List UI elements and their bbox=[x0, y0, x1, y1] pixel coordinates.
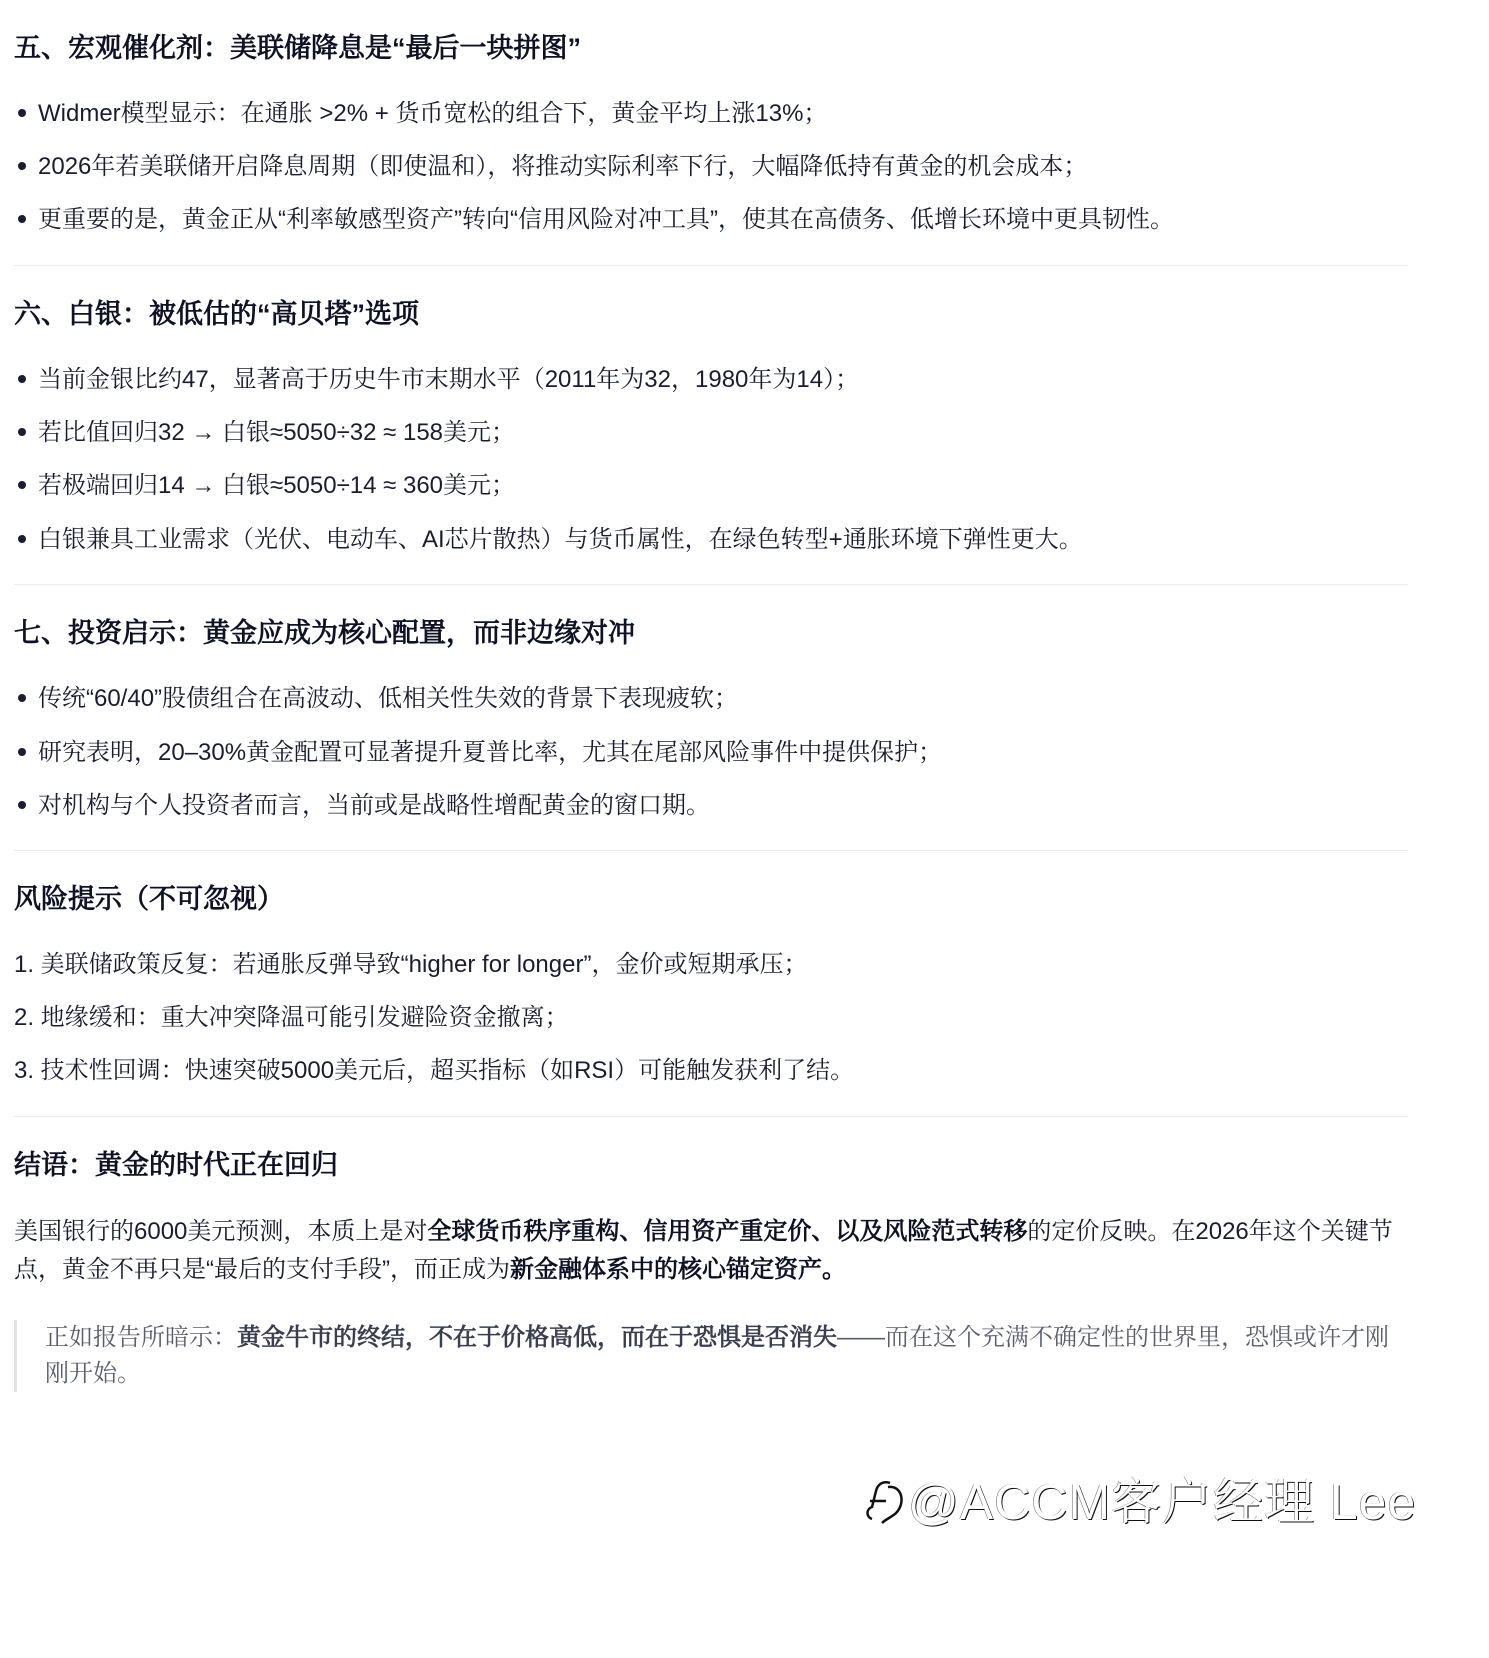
numbered-item: 1. 美联储政策反复：若通胀反弹导致“higher for longer”，金价… bbox=[14, 948, 807, 982]
section-divider bbox=[14, 850, 1408, 851]
emphasis: 黄金牛市的终结，不在于价格高低，而在于恐惧是否消失 bbox=[237, 1324, 837, 1351]
section-title-conclusion: 结语：黄金的时代正在回归 bbox=[14, 1145, 338, 1185]
blockquote: 正如报告所暗示：黄金牛市的终结，不在于价格高低，而在于恐惧是否消失——而在这个充… bbox=[14, 1320, 1408, 1392]
conclusion-paragraph: 美国银行的6000美元预测，本质上是对全球货币秩序重构、信用资产重定价、以及风险… bbox=[14, 1213, 1408, 1289]
list-item: 传统“60/40”股债组合在高波动、低相关性失效的背景下表现疲软； bbox=[14, 682, 738, 716]
bullet-dot-icon bbox=[18, 375, 26, 383]
list-item: 更重要的是，黄金正从“利率敏感型资产”转向“信用风险对冲工具”，使其在高债务、低… bbox=[14, 203, 1174, 237]
numbered-item: 3. 技术性回调：快速突破5000美元后，超买指标（如RSI）可能触发获利了结。 bbox=[14, 1054, 854, 1088]
numbered-item: 2. 地缘缓和：重大冲突降温可能引发避险资金撤离； bbox=[14, 1001, 569, 1035]
bullet-dot-icon bbox=[18, 748, 26, 756]
section-title-macro-catalyst: 五、宏观催化剂：美联储降息是“最后一块拼图” bbox=[14, 28, 581, 68]
bullet-dot-icon bbox=[18, 428, 26, 436]
bullet-dot-icon bbox=[18, 481, 26, 489]
section-divider bbox=[14, 265, 1408, 266]
list-item: 2026年若美联储开启降息周期（即使温和），将推动实际利率下行，大幅降低持有黄金… bbox=[14, 150, 1087, 184]
list-item: Widmer模型显示：在通胀 >2% + 货币宽松的组合下，黄金平均上涨13%； bbox=[14, 97, 827, 131]
list-item: 研究表明，20–30%黄金配置可显著提升夏普比率，尤其在尾部风险事件中提供保护； bbox=[14, 736, 942, 770]
list-item: 若比值回归32 → 白银≈5050÷32 ≈ 158美元； bbox=[14, 416, 515, 450]
section-title-risk: 风险提示（不可忽视） bbox=[14, 879, 284, 919]
weibo-logo-icon bbox=[862, 1473, 908, 1529]
list-item: 白银兼具工业需求（光伏、电动车、AI芯片散热）与货币属性，在绿色转型+通胀环境下… bbox=[14, 523, 1083, 557]
section-divider bbox=[14, 1116, 1408, 1117]
section-divider bbox=[14, 584, 1408, 585]
bullet-dot-icon bbox=[18, 694, 26, 702]
list-item: 当前金银比约47，显著高于历史牛市末期水平（2011年为32，1980年为14）… bbox=[14, 363, 859, 397]
bullet-dot-icon bbox=[18, 801, 26, 809]
section-title-investment: 七、投资启示：黄金应成为核心配置，而非边缘对冲 bbox=[14, 613, 635, 653]
bullet-dot-icon bbox=[18, 535, 26, 543]
bullet-dot-icon bbox=[18, 109, 26, 117]
list-item: 若极端回归14 → 白银≈5050÷14 ≈ 360美元； bbox=[14, 469, 515, 503]
bullet-dot-icon bbox=[18, 215, 26, 223]
bullet-dot-icon bbox=[18, 162, 26, 170]
emphasis: 全球货币秩序重构、信用资产重定价、以及风险范式转移 bbox=[427, 1218, 1027, 1245]
watermark: @ACCM客户经理 Lee bbox=[862, 1462, 1416, 1534]
emphasis: 新金融体系中的核心锚定资产。 bbox=[510, 1256, 846, 1283]
section-title-silver: 六、白银：被低估的“高贝塔”选项 bbox=[14, 294, 419, 334]
list-item: 对机构与个人投资者而言，当前或是战略性增配黄金的窗口期。 bbox=[14, 789, 710, 823]
